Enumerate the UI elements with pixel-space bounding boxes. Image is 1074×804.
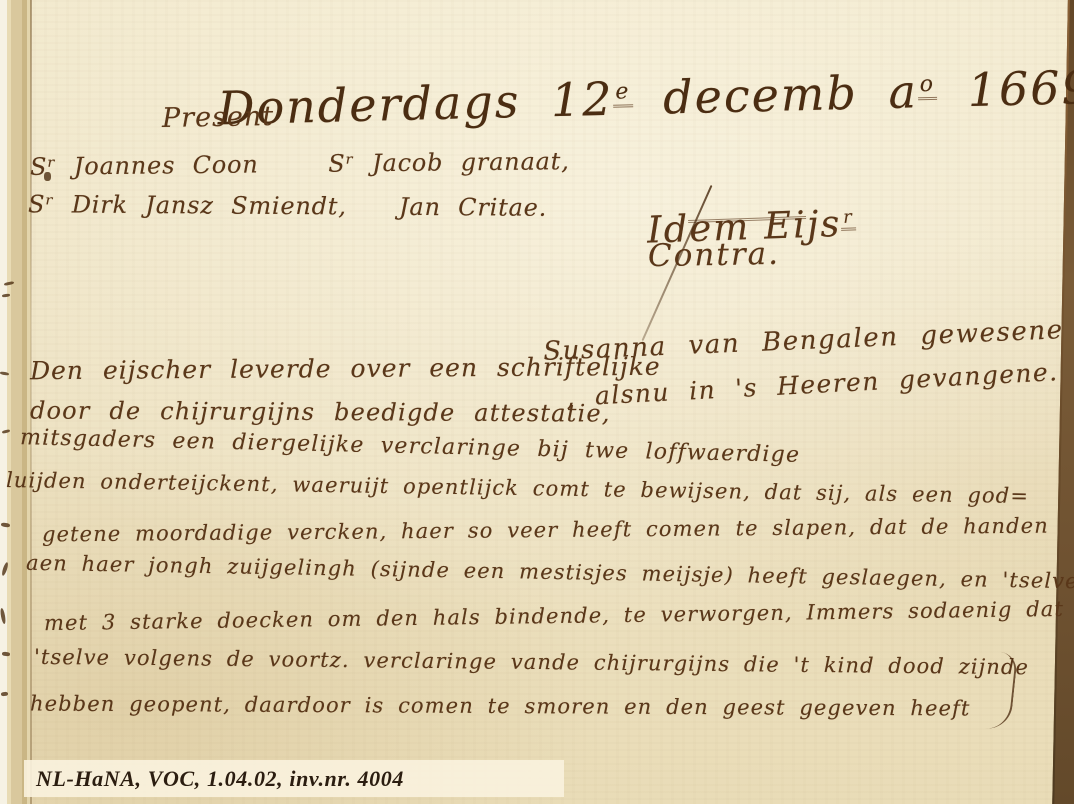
body-line: 'tselve volgens de voortz. verclaringe v… [34, 647, 1029, 678]
body-line: Den eijscher leverde over een schrifteli… [30, 354, 661, 383]
body-line: luijden onderteijckent, waeruijt opentli… [6, 470, 1029, 507]
archive-reference-text: NL-HaNA, VOC, 1.04.02, inv.nr. 4004 [36, 766, 404, 792]
heading-anno: a [888, 64, 919, 119]
body-line: getene moordadige vercken, haer so veer … [42, 516, 1049, 546]
heading-day: 12 [550, 72, 614, 128]
ink-bleed-mark [2, 652, 10, 657]
attendee-line: Sʳ Joannes Coon Sʳ Jacob granaat, [30, 149, 570, 179]
case-versus: Contra. [648, 239, 780, 272]
body-line: met 3 starke doecken om den hals bindend… [44, 599, 1064, 634]
present-label: Present [162, 103, 275, 132]
plaintiff-superscript: r [841, 207, 856, 230]
body-line: aen haer jongh zuijgelingh (sijnde een m… [26, 553, 1074, 592]
body-line: mitsgaders een diergelijke verclaringe b… [20, 427, 801, 467]
archive-reference-band: NL-HaNA, VOC, 1.04.02, inv.nr. 4004 [24, 760, 564, 797]
manuscript-page: Donderdags 12e decemb ao 1669. Present S… [0, 0, 1074, 804]
body-line: hebben geopent, daardoor is comen te smo… [30, 694, 971, 720]
attendee-line: Sʳ Dirk Jansz Smiendt, Jan Critae. [28, 192, 547, 220]
heading-month: decemb [662, 66, 858, 125]
heading-year: 1669 [967, 60, 1074, 117]
heading-day-suffix: e [613, 79, 633, 107]
body-line: door de chijrurgijns beedigde attestatie… [30, 398, 611, 425]
heading-anno-suffix: o [917, 71, 937, 99]
